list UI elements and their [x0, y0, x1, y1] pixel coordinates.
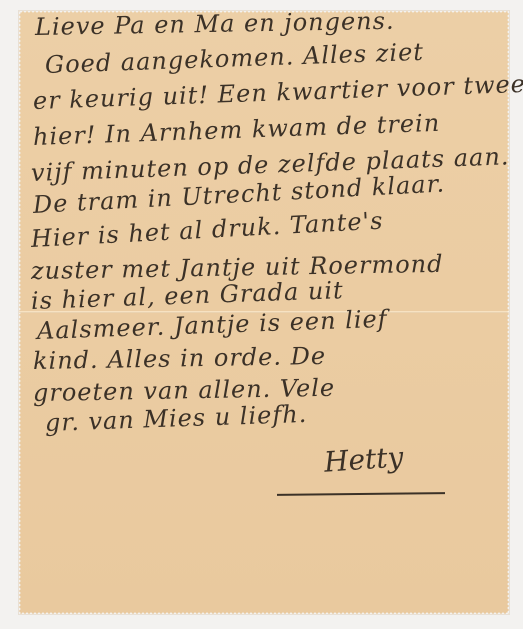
- signature: Hetty: [323, 440, 404, 478]
- letter-line: hier! In Arnhem kwam de trein: [33, 109, 441, 151]
- perforated-edge-bottom: [19, 611, 509, 614]
- letter-line-greeting: Lieve Pa en Ma en jongens.: [35, 7, 395, 41]
- letter-line: kind. Alles in orde. De: [33, 342, 327, 375]
- letter-line: Goed aangekomen. Alles ziet: [45, 38, 425, 79]
- letter-card: Lieve Pa en Ma en jongens. Goed aangekom…: [19, 11, 509, 614]
- signature-underline: [277, 492, 445, 495]
